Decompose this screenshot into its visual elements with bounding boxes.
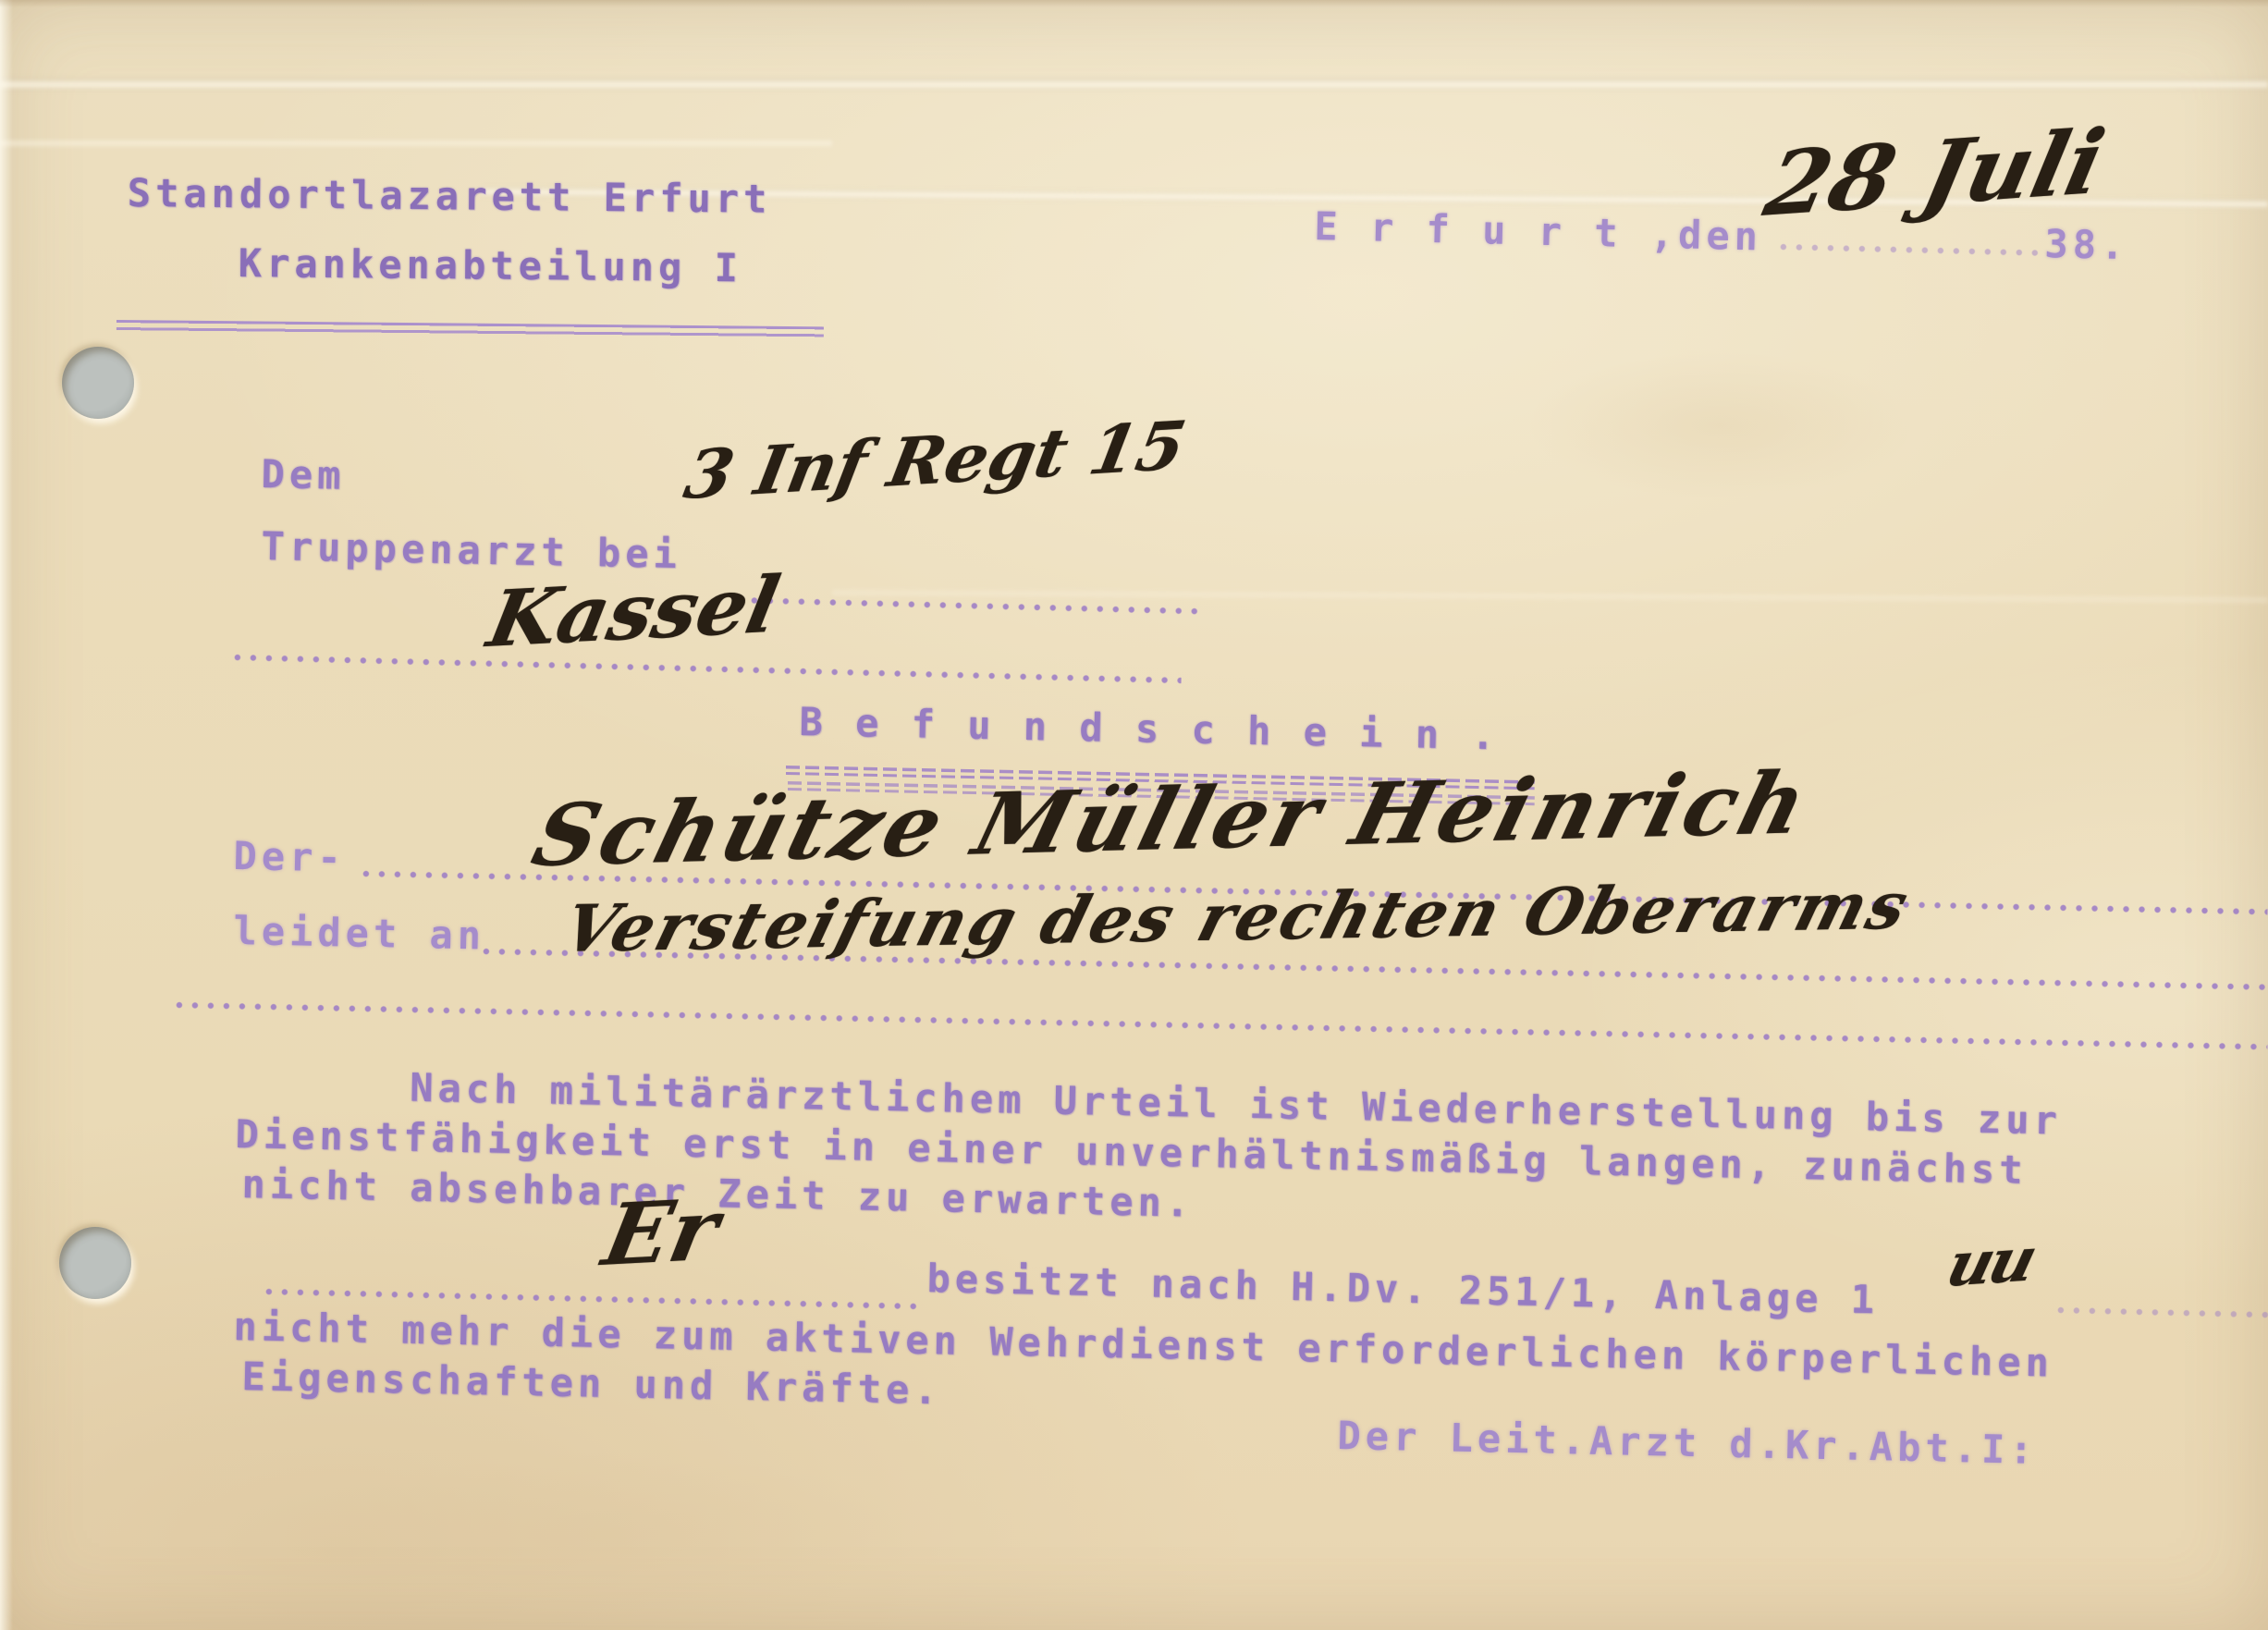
- address-dotted-rule-1: [735, 595, 1202, 616]
- patient-label-leidet: leidet an: [233, 912, 485, 955]
- fitness-line3: Eigenschaften und Kräfte.: [241, 1357, 942, 1410]
- letterhead-line1: Standortlazarett Erfurt: [128, 174, 772, 219]
- document-scan: Standortlazarett Erfurt Krankenabteilung…: [0, 0, 2268, 1630]
- handwritten-date: 28 Juli: [1759, 117, 2112, 229]
- punch-hole-top: [62, 347, 134, 419]
- letterhead-line2: Krankenabteilung I: [239, 244, 743, 288]
- letterhead-rule: [116, 320, 824, 337]
- paper-edge: [0, 0, 13, 1630]
- diagnosis-dotted-rule-2: [176, 1000, 2268, 1051]
- handwritten-diagnosis: Versteifung des rechten Oberarms: [558, 874, 1918, 962]
- handwritten-pronoun: Er: [597, 1187, 725, 1278]
- document-title: B e f u n d s c h e i n .: [799, 703, 1500, 755]
- signature-label: Der Leit.Arzt d.Kr.Abt.I:: [1337, 1416, 2038, 1470]
- paper-edge: [0, 0, 2268, 7]
- address-dotted-rule-2: [234, 653, 1182, 685]
- handwritten-city: Kassel: [483, 566, 785, 658]
- fitness-dotted-rule-2: [2057, 1305, 2268, 1319]
- punch-hole-bottom: [59, 1227, 131, 1299]
- paper-crease: [0, 139, 832, 148]
- dateline-year: 38.: [2044, 225, 2129, 265]
- handwritten-unit: 3 Inf Regt 15: [680, 412, 1190, 509]
- dateline-dotted-rule: [1780, 242, 2039, 258]
- handwritten-patient-name: Schütze Müller Heinrich: [525, 760, 1819, 878]
- handwritten-mark: uu: [1942, 1229, 2041, 1295]
- paper-crease: [0, 78, 2268, 91]
- paper-stain: [1526, 351, 1914, 499]
- paper-stain: [277, 1452, 925, 1618]
- dateline-place: E r f u r t ,den: [1314, 207, 1762, 256]
- fitness-line1: besitzt nach H.Dv. 251/1, Anlage 1: [926, 1259, 1879, 1319]
- patient-label-der: Der-: [233, 837, 346, 877]
- address-salutation: Dem: [261, 455, 346, 496]
